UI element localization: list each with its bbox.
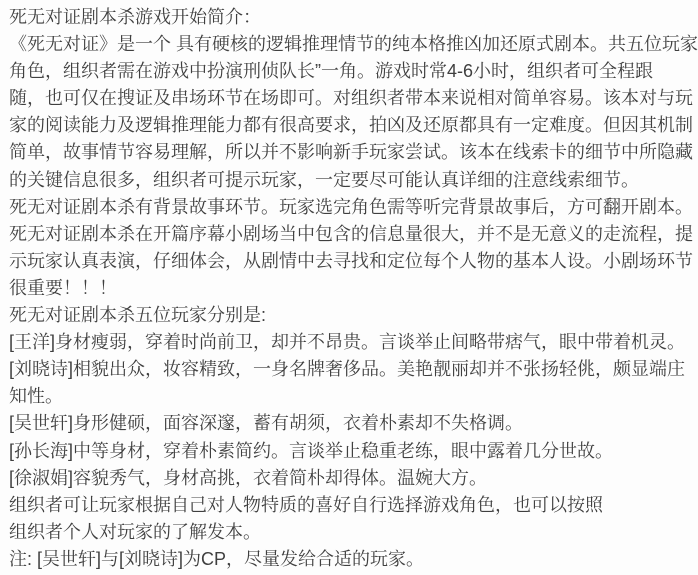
players-list-title-line: 死无对证剧本杀五位玩家分别是: [9, 302, 694, 329]
text-line: 随，也可仅在搜证及串场环节在场即可。对组织者带本来说相对简单容易。该本对与玩 [9, 85, 694, 112]
text-line: 《死无对证》是一个 具有硬核的逻辑推理情节的纯本格推凶加还原式剧本。共五位玩家 [9, 31, 694, 58]
player-sun-changhai-line: [孙长海]中等身材，穿着朴素简约。言谈举止稳重老练，眼中露着几分世故。 [9, 438, 694, 465]
player-liu-xiaoshi-line: [刘晓诗]相貌出众，妆容精致，一身名牌奢侈品。美艳靓丽却并不张扬轻佻，颇显端庄 [9, 356, 694, 383]
text-line: 示玩家认真表演，仔细体会，从剧情中去寻找和定位每个人物的基本人设。小剧场环节 [9, 248, 694, 275]
text-line: 组织者可让玩家根据自己对人物特质的喜好自行选择游戏角色，也可以按照 [9, 492, 694, 519]
player-xu-shujuan-line: [徐淑娟]容貌秀气，身材高挑，衣着简朴却得体。温婉大方。 [9, 465, 694, 492]
note-line: 注: [吴世轩]与[刘晓诗]为CP，尽量发给合适的玩家。 [9, 546, 694, 573]
text-line: 家的阅读能力及逻辑推理能力都有很高要求，拍凶及还原都具有一定难度。但因其机制 [9, 112, 694, 139]
text-line: 知性。 [9, 383, 694, 410]
text-line: 简单，故事情节容易理解，所以并不影响新手玩家尝试。该本在线索卡的细节中所隐藏 [9, 139, 694, 166]
player-wu-shixuan-line: [吴世轩]身形健硕，面容深邃，蓄有胡须，衣着朴素却不失格调。 [9, 410, 694, 437]
intro-title-line: 死无对证剧本杀游戏开始简介： [9, 4, 694, 31]
text-line: 组织者个人对玩家的了解发本。 [9, 519, 694, 546]
text-line: 很重要！！！ [9, 275, 694, 302]
text-line: 死无对证剧本杀有背景故事环节。玩家选完角色需等听完背景故事后，方可翻开剧本。 [9, 194, 694, 221]
text-line: 的关键信息很多，组织者可提示玩家，一定要尽可能认真详细的注意线索细节。 [9, 167, 694, 194]
article-text: 死无对证剧本杀游戏开始简介： 《死无对证》是一个 具有硬核的逻辑推理情节的纯本格… [0, 0, 698, 575]
text-line: 角色，组织者需在游戏中扮演刑侦队长”一角。游戏时常4-6小时，组织者可全程跟 [9, 58, 694, 85]
text-line: 死无对证剧本杀在开篇序幕小剧场当中包含的信息量很大，并不是无意义的走流程，提 [9, 221, 694, 248]
player-wang-yang-line: [王洋]身材瘦弱，穿着时尚前卫，却并不昂贵。言谈举止间略带痞气，眼中带着机灵。 [9, 329, 694, 356]
